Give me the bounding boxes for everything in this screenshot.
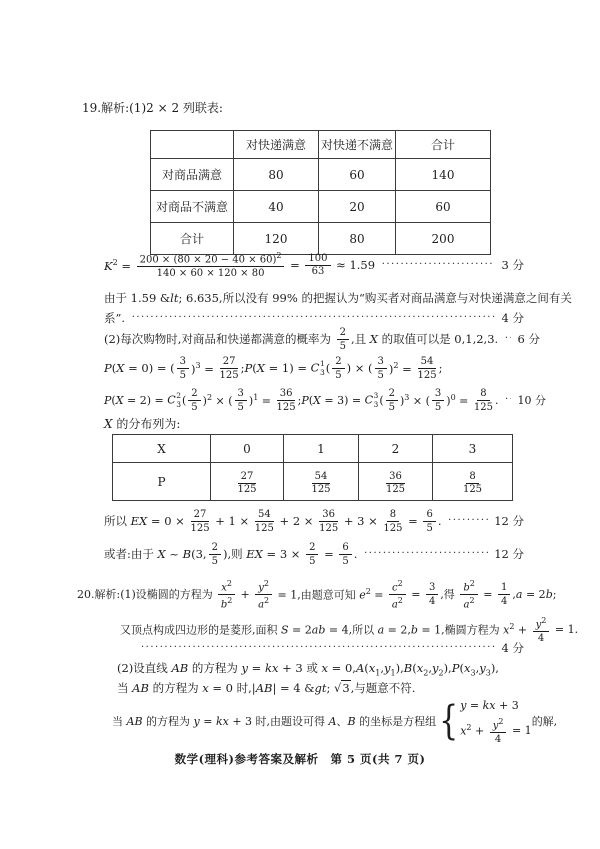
dot-leader: ········································… <box>505 333 511 346</box>
fraction: y24 <box>533 616 550 644</box>
table-header-row: 对快递满意 对快递不满意 合计 <box>151 131 491 159</box>
fraction: 10063 <box>305 253 330 278</box>
line-conclusion-2: 系”. ····································… <box>104 311 524 325</box>
score-badge: 10 分 <box>514 394 546 408</box>
cell: 120 <box>234 223 319 255</box>
cell: 80 <box>319 223 396 255</box>
brace-glyph: { <box>439 702 458 743</box>
score-badge: 12 分 <box>491 547 524 561</box>
dot-leader: ········································… <box>141 642 495 655</box>
dot-leader: ········································… <box>364 548 487 561</box>
cell: 1 <box>284 435 359 463</box>
score-badge: 4 分 <box>498 311 524 325</box>
equation-system: {y = kx + 3x2 + y24 = 1 <box>436 697 532 747</box>
fraction: 8125 <box>474 388 493 413</box>
cell: 8125 <box>433 463 513 501</box>
table-row-p: P 27125 54125 36125 8125 <box>113 463 513 501</box>
cell: 0 <box>211 435 284 463</box>
fraction: 34 <box>426 582 438 607</box>
cell: 合计 <box>396 131 491 159</box>
line-expectation-alt: 或者:由于 X ~ B(3,25),则 EX = 3 × 25 = 65. ··… <box>104 542 524 567</box>
fraction: y24 <box>490 717 507 745</box>
fraction: 36125 <box>277 388 296 413</box>
problem-20-line-5: 当 AB 的方程为 x = 0 时,|AB| = 4 &gt; √3,与题意不符… <box>117 681 415 695</box>
fraction: 25 <box>188 388 200 413</box>
fraction: 54125 <box>311 471 330 496</box>
distribution-table: X 0 1 2 3 P 27125 54125 36125 8125 <box>112 434 513 501</box>
cell: X <box>113 435 211 463</box>
cell: 3 <box>433 435 513 463</box>
fraction: 35 <box>375 356 387 381</box>
cell: P <box>113 463 211 501</box>
cell: 54125 <box>284 463 359 501</box>
line-conclusion-1: 由于 1.59 &lt; 6.635,所以没有 99% 的把握认为“购买者对商品… <box>104 291 572 305</box>
fraction: 25 <box>337 327 349 352</box>
cell: 2 <box>359 435 433 463</box>
line-expectation: 所以 EX = 0 × 27125 + 1 × 54125 + 2 × 3612… <box>104 509 524 534</box>
cell: 27125 <box>211 463 284 501</box>
fraction: 35 <box>432 388 444 413</box>
fraction: 27125 <box>220 356 239 381</box>
fraction: 65 <box>339 542 351 567</box>
fraction: 14 <box>498 582 510 607</box>
table-row-x: X 0 1 2 3 <box>113 435 513 463</box>
table-row: 对商品不满意 40 20 60 <box>151 191 491 223</box>
line-px0-px1: P(X = 0) = (35)3 = 27125;P(X = 1) = C13(… <box>104 356 442 381</box>
cell: 140 <box>396 159 491 191</box>
cell: 80 <box>234 159 319 191</box>
fraction: 8125 <box>383 509 402 534</box>
fraction: 36125 <box>386 471 405 496</box>
cell <box>151 131 234 159</box>
fraction: 25 <box>386 388 398 413</box>
page-footer: 数学(理科)参考答案及解析 第 5 页(共 7 页) <box>0 751 600 767</box>
contingency-table: 对快递满意 对快递不满意 合计 对商品满意 80 60 140 对商品不满意 4… <box>150 130 491 255</box>
fraction: 35 <box>235 388 247 413</box>
fraction: 27125 <box>190 509 209 534</box>
cell: 对快递不满意 <box>319 131 396 159</box>
problem-20-line-6: 当 AB 的方程为 y = kx + 3 时,由题设可得 A、B 的坐标是方程组… <box>112 697 557 747</box>
cell: 60 <box>396 191 491 223</box>
problem-20-line-1: 20.解析:(1)设椭圆的方程为 x2b2 + y2a2 = 1,由题意可知 e… <box>77 579 556 611</box>
fraction: 27125 <box>237 471 256 496</box>
fraction: 65 <box>423 509 435 534</box>
problem-20-line-4: (2)设直线 AB 的方程为 y = kx + 3 或 x = 0,A(x1,y… <box>117 661 499 678</box>
fraction: 54125 <box>255 509 274 534</box>
problem-20-score-line: ········································… <box>138 641 524 655</box>
cell: 36125 <box>359 463 433 501</box>
cell: 200 <box>396 223 491 255</box>
cell: 60 <box>319 159 396 191</box>
line-k-squared: K2 = 200 × (80 × 20 − 40 × 60)2140 × 60 … <box>104 251 524 279</box>
fraction: 25 <box>332 356 344 381</box>
fraction: 25 <box>209 542 221 567</box>
cell: 40 <box>234 191 319 223</box>
cell: 20 <box>319 191 396 223</box>
fraction: 35 <box>177 356 189 381</box>
cell: 合计 <box>151 223 234 255</box>
fraction: b2a2 <box>460 579 478 611</box>
problem-19-heading: 19.解析:(1)2 × 2 列联表: <box>82 101 223 116</box>
fraction: 54125 <box>417 356 436 381</box>
fraction: x2b2 <box>218 579 235 611</box>
fraction: 25 <box>306 542 318 567</box>
line-distribution-label: X 的分布列为: <box>104 417 180 432</box>
table-row: 对商品满意 80 60 140 <box>151 159 491 191</box>
fraction: y2a2 <box>255 579 272 611</box>
dot-leader: ········································… <box>505 394 511 407</box>
fraction: 36125 <box>319 509 338 534</box>
score-badge: 4 分 <box>498 641 524 655</box>
score-badge: 3 分 <box>498 258 524 272</box>
dot-leader: ········································… <box>132 312 495 325</box>
exam-answer-page: 19.解析:(1)2 × 2 列联表: 对快递满意 对快递不满意 合计 对商品满… <box>0 0 600 849</box>
cell: 对商品满意 <box>151 159 234 191</box>
fraction: 8125 <box>463 471 482 496</box>
fraction: 200 × (80 × 20 − 40 × 60)2140 × 60 × 120… <box>137 251 285 279</box>
fraction: c2a2 <box>389 579 406 611</box>
line-px2-px3: P(X = 2) = C23(25)2 × (35)1 = 36125;P(X … <box>104 388 524 413</box>
line-part2-probability: (2)每次购物时,对商品和快递都满意的概率为 25,且 X 的取值可以是 0,1… <box>104 327 524 352</box>
cell: 对商品不满意 <box>151 191 234 223</box>
dot-leader: ········································… <box>448 515 487 528</box>
score-badge: 6 分 <box>514 332 540 346</box>
cell: 对快递满意 <box>234 131 319 159</box>
score-badge: 12 分 <box>491 514 524 528</box>
dot-leader: ········································… <box>382 259 495 272</box>
table-row: 合计 120 80 200 <box>151 223 491 255</box>
